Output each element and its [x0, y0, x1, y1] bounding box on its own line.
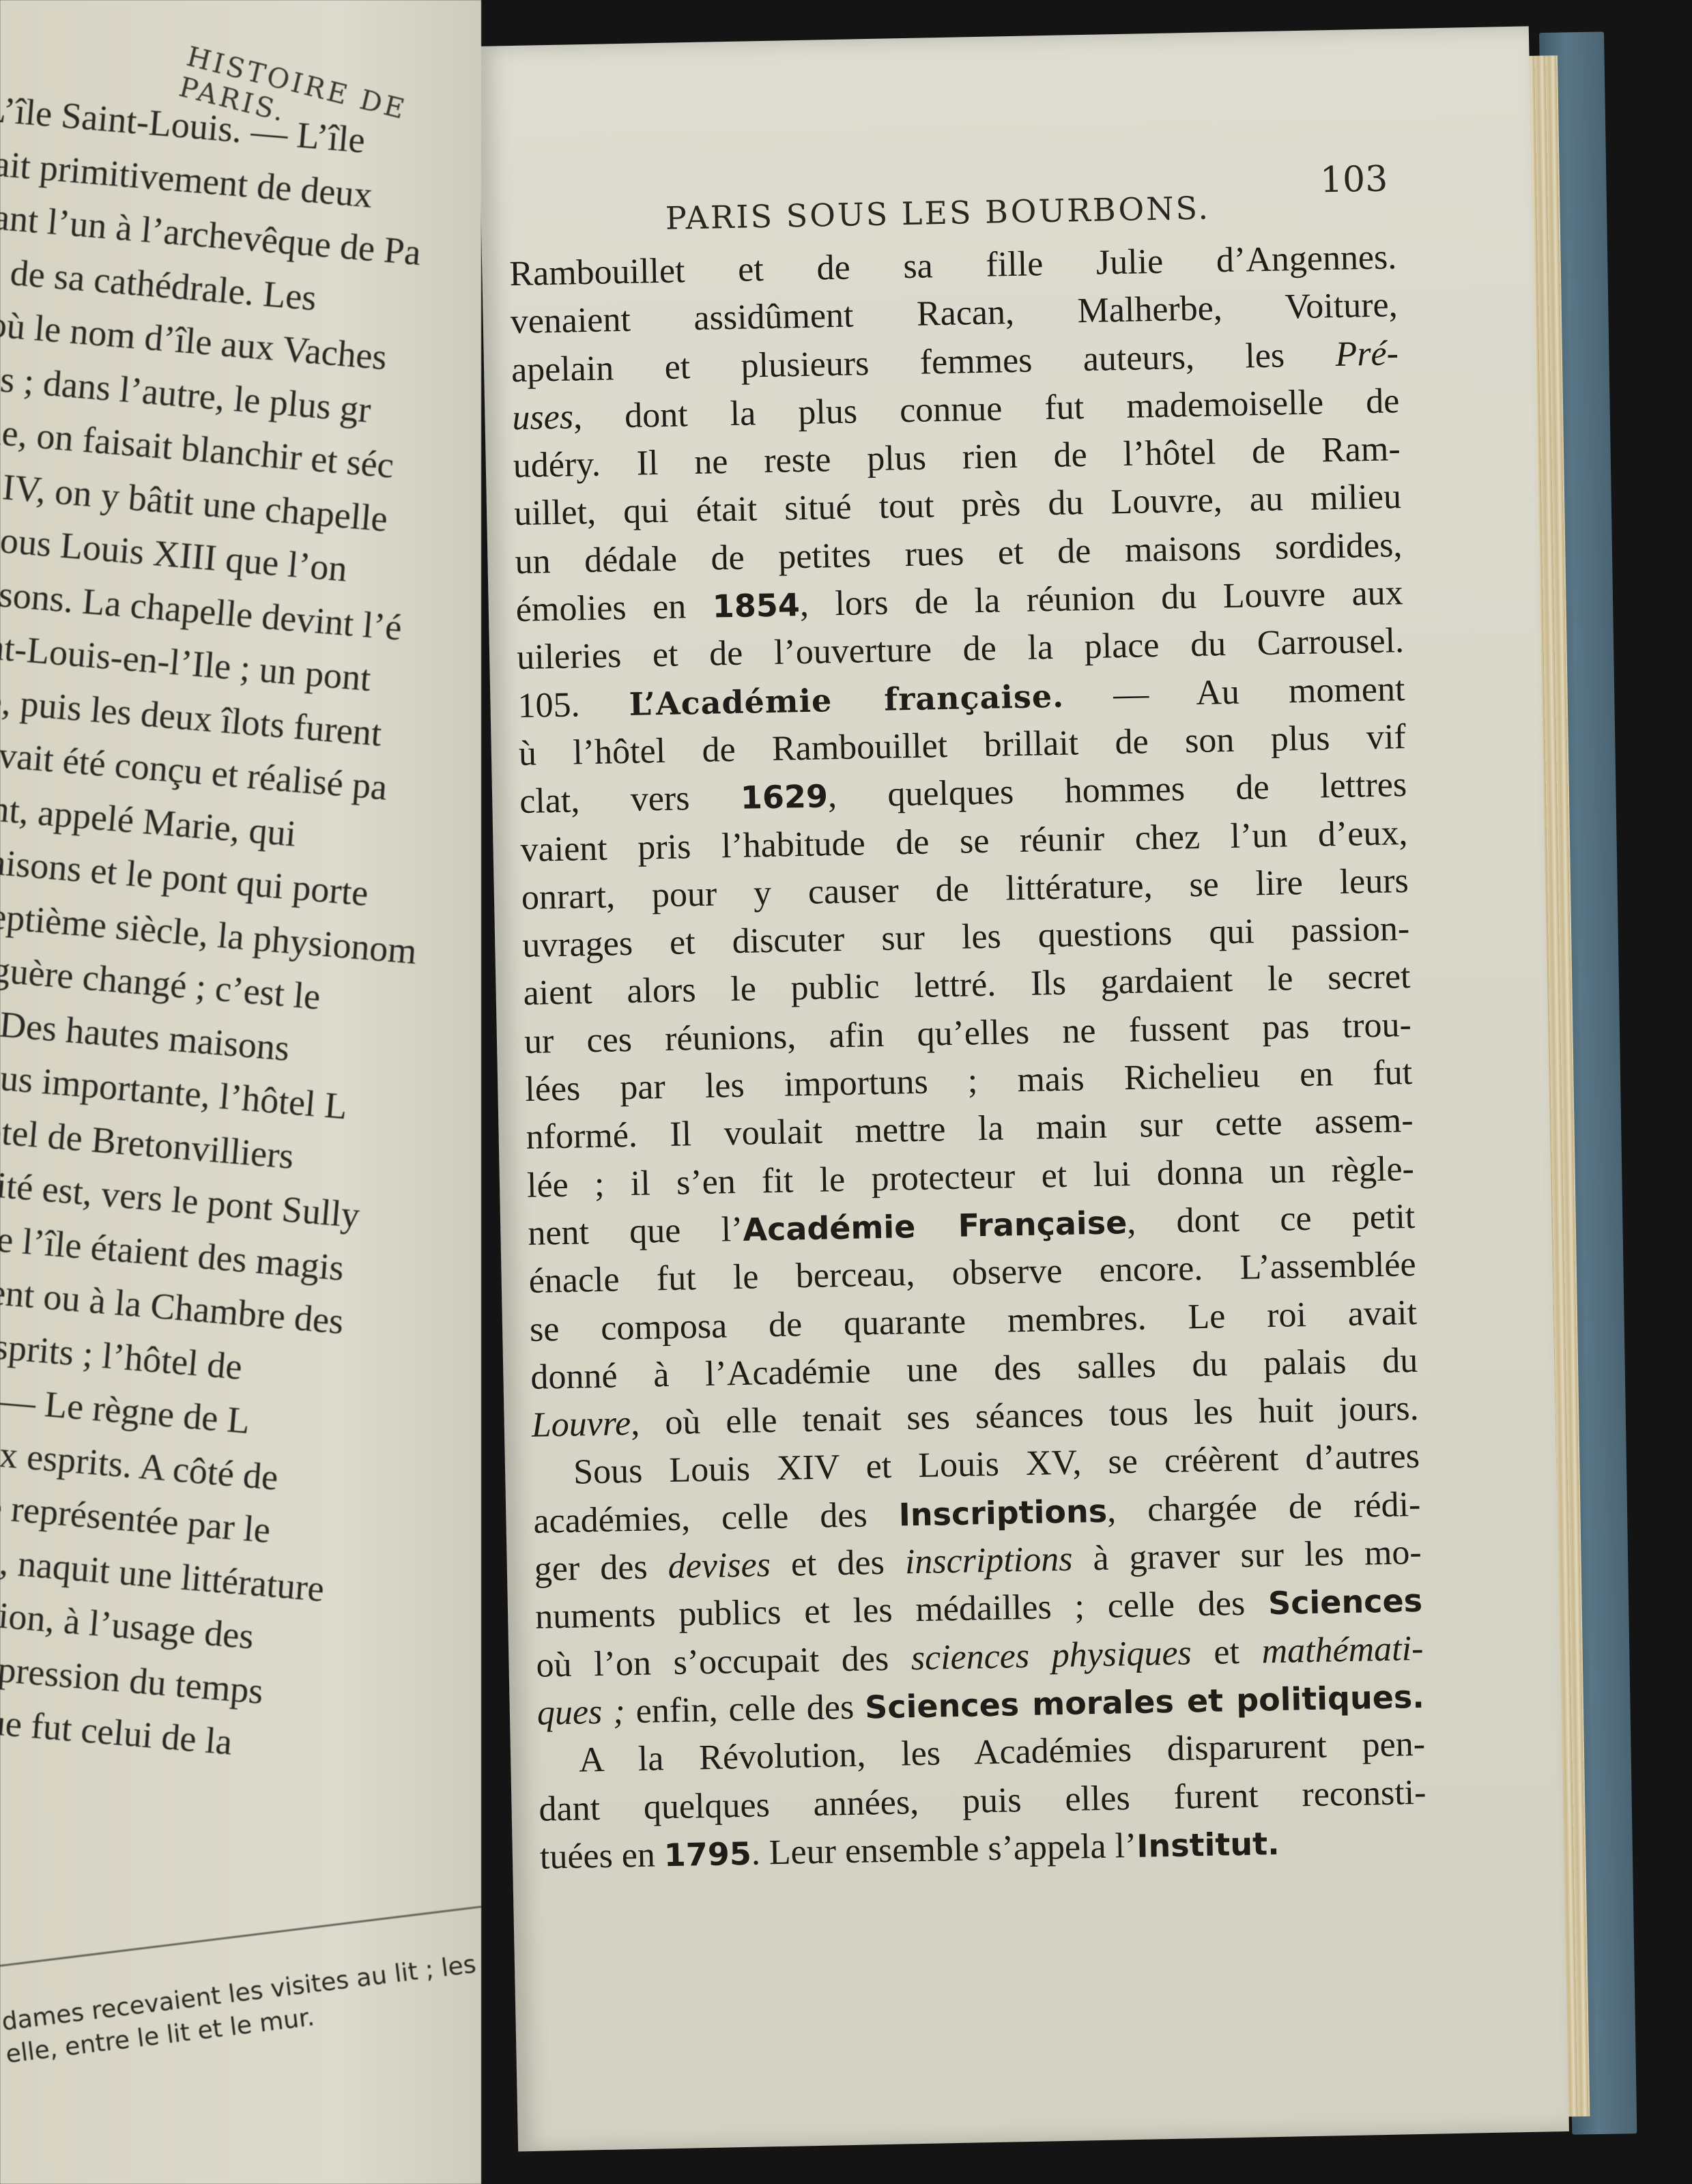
running-head: PARIS SOUS LES BOURBONS. [665, 189, 1210, 236]
left-page: HISTOIRE DE PARIS. L’île Saint-Louis. — … [0, 0, 481, 2184]
right-page: PARIS SOUS LES BOURBONS. 103 Rambouillet… [478, 26, 1569, 2151]
body-text: Rambouillet et de sa fille Julie d’Angen… [509, 233, 1428, 1882]
page-number: 103 [1319, 158, 1388, 201]
footnotes: dames recevaient les visites au lit ; le… [0, 1946, 481, 2071]
left-body-text: L’île Saint-Louis. — L’îlesait primitive… [0, 82, 481, 1781]
